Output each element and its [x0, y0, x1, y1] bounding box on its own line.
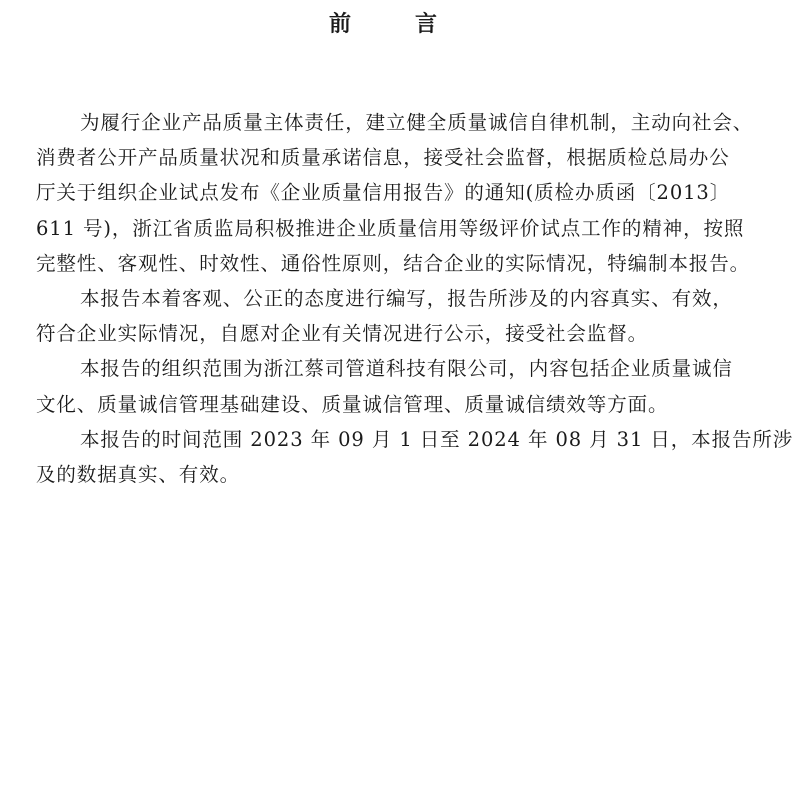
paragraph-time-range: 本报告的时间范围 2023 年 09 月 1 日至 2024 年 08 月 31…: [36, 422, 756, 492]
text-line: 及的数据真实、有效。: [36, 457, 756, 492]
text-line: 611 号)，浙江省质监局积极推进企业质量信用等级评价试点工作的精神，按照: [36, 211, 756, 246]
page-title: 前言: [0, 8, 766, 40]
text-line: 本报告的时间范围 2023 年 09 月 1 日至 2024 年 08 月 31…: [36, 422, 756, 457]
title-char-1: 前: [329, 8, 351, 40]
text-line: 文化、质量诚信管理基础建设、质量诚信管理、质量诚信绩效等方面。: [36, 387, 756, 422]
text-line: 符合企业实际情况，自愿对企业有关情况进行公示，接受社会监督。: [36, 316, 756, 351]
text-line: 为履行企业产品质量主体责任，建立健全质量诚信自律机制，主动向社会、: [36, 105, 756, 140]
title-char-2: 言: [415, 8, 437, 40]
text-line: 本报告本着客观、公正的态度进行编写，报告所涉及的内容真实、有效，: [36, 281, 756, 316]
preface-body: 为履行企业产品质量主体责任，建立健全质量诚信自律机制，主动向社会、 消费者公开产…: [36, 105, 756, 492]
text-line: 厅关于组织企业试点发布《企业质量信用报告》的通知(质检办质函〔2013〕: [36, 175, 756, 210]
paragraph-principle: 本报告本着客观、公正的态度进行编写，报告所涉及的内容真实、有效， 符合企业实际情…: [36, 281, 756, 351]
text-line: 本报告的组织范围为浙江蔡司管道科技有限公司，内容包括企业质量诚信: [36, 351, 756, 386]
text-line: 消费者公开产品质量状况和质量承诺信息，接受社会监督，根据质检总局办公: [36, 140, 756, 175]
paragraph-purpose: 为履行企业产品质量主体责任，建立健全质量诚信自律机制，主动向社会、 消费者公开产…: [36, 105, 756, 281]
text-line: 完整性、客观性、时效性、通俗性原则，结合企业的实际情况，特编制本报告。: [36, 246, 756, 281]
paragraph-scope: 本报告的组织范围为浙江蔡司管道科技有限公司，内容包括企业质量诚信 文化、质量诚信…: [36, 351, 756, 421]
document-page: 前言 为履行企业产品质量主体责任，建立健全质量诚信自律机制，主动向社会、 消费者…: [0, 0, 796, 797]
